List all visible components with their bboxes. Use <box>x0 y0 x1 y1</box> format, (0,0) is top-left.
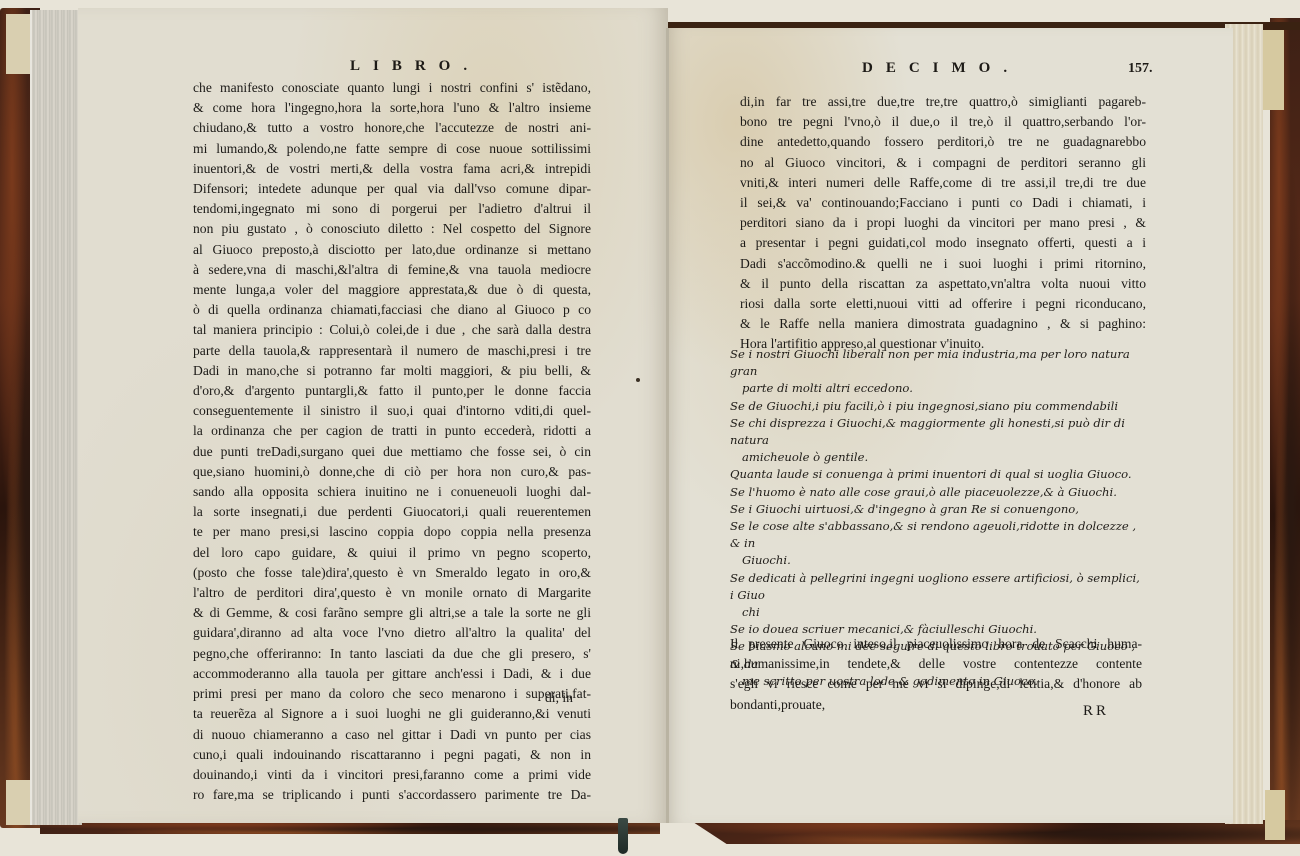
text-line: la sorte insegnati,i due perdenti Giuoca… <box>193 502 591 522</box>
bookmark-ribbon <box>618 818 628 854</box>
text-line: & di Gemme, & cosi farãno sempre gli alt… <box>193 603 591 623</box>
question-entry: Se chi disprezza i Giuochi,& maggiorment… <box>730 415 1142 449</box>
text-line: chiudano,& tutto a vostro honore,che l'a… <box>193 118 591 138</box>
running-head-left: LIBRO. <box>350 58 480 75</box>
text-line: Il presente Giuoco inteso,il piaceuoliss… <box>730 634 1142 654</box>
text-line: cuno,i quali indouinando riscattaranno i… <box>193 745 591 765</box>
text-line: ni,humanissime,in tendete,& delle vostre… <box>730 654 1142 674</box>
text-line: à sedere,vna di maschi,&l'altra di femin… <box>193 260 591 280</box>
text-line: ta reuerẽza al Signore a i suoi luoghi n… <box>193 704 591 724</box>
question-entry: Quanta laude si conuenga à primi inuento… <box>730 466 1142 483</box>
marbled-cover-bottom-left <box>40 822 660 834</box>
marbled-cover-bottom-right <box>690 820 1300 844</box>
text-line: al Giuoco preposto,à disciotto per lato,… <box>193 240 591 260</box>
right-page-text: di,in far tre assi,tre due,tre tre,tre q… <box>740 92 1146 355</box>
text-line: mente lunga,a voler del maggiore apprest… <box>193 280 591 300</box>
text-line: bono tre pegni l'vno,ò il due,o il tre,ò… <box>740 112 1146 132</box>
text-line: tal maniera principio : Colui,ò colei,de… <box>193 320 591 340</box>
page-number: 157. <box>1128 61 1153 77</box>
text-line: a presentar i pegni guidati,col modo ins… <box>740 233 1146 253</box>
text-line: non piu gustato , ò conosciuto diletto :… <box>193 219 591 239</box>
question-entry: Se dedicati à pellegrini ingegni uoglion… <box>730 570 1142 604</box>
text-line: riosi dalla sorte eletti,nuoui vitti ad … <box>740 294 1146 314</box>
closing-paragraph: Il presente Giuoco inteso,il piaceuoliss… <box>730 634 1142 715</box>
text-line: Dadi s'accõmodino.& quelli ne i suoi luo… <box>740 254 1146 274</box>
text-line: due punti treDadi,surgano quei due metti… <box>193 442 591 462</box>
question-entry: Se le cose alte s'abbassano,& si rendono… <box>730 518 1142 552</box>
text-line: vniti,& interi numeri delle Raffe,come d… <box>740 173 1146 193</box>
text-line: sando alla opposita schiera inuitino ne … <box>193 482 591 502</box>
signature-mark: RR <box>1083 703 1109 720</box>
left-page-text: che manifesto conosciate quanto lungi i … <box>193 78 591 805</box>
cover-turn-in <box>1262 30 1284 110</box>
text-line: que,siano huomini,ò donne,che di ciò per… <box>193 462 591 482</box>
text-line: l'altro de perditori dira',questo è vn m… <box>193 583 591 603</box>
text-line: inuentori,& de vostri merti,& della vost… <box>193 159 591 179</box>
text-line: mi lumando,& polendo,ne fatte sempre di … <box>193 139 591 159</box>
text-line: accommoderanno alla tauola per gittare a… <box>193 664 591 684</box>
running-head-right: DECIMO. <box>862 60 1020 77</box>
text-line: parte della tauola,& rappresentarà il nu… <box>193 341 591 361</box>
text-line: pegno,che offeriranno: In tanto lasciati… <box>193 644 591 664</box>
text-line: che manifesto conosciate quanto lungi i … <box>193 78 591 98</box>
question-entry: Se de Giuochi,i piu facili,ò i piu ingeg… <box>730 398 1142 415</box>
text-line: il sei,& va' continouando;Facciano i pun… <box>740 193 1146 213</box>
text-line: ò di quella ordinanza chiamati,facciasi … <box>193 300 591 320</box>
marbled-cover-right <box>1270 18 1300 838</box>
question-continuation: amicheuole ò gentile. <box>730 449 1142 466</box>
text-line: te per mano presi,si lascino coppia dopo… <box>193 522 591 542</box>
text-line: di,in far tre assi,tre due,tre tre,tre q… <box>740 92 1146 112</box>
text-line: & come hora l'ingegno,hora la sorte,hora… <box>193 98 591 118</box>
gutter <box>666 28 669 823</box>
ink-spot <box>636 378 640 382</box>
text-line: s'egli vi riesce come per me vi si dipin… <box>730 674 1142 694</box>
question-continuation: chi <box>730 604 1142 621</box>
text-line: dine antedetto,quando fossero perditori,… <box>740 132 1146 152</box>
catchword: di, in <box>545 690 573 706</box>
text-line: primi presi per mano da coloro che seco … <box>193 684 591 704</box>
text-line: no al Giuoco vincitori, & i compagni de … <box>740 153 1146 173</box>
text-line: bondanti,prouate, <box>730 695 1142 715</box>
book-photo: LIBRO. che manifesto conosciate quanto l… <box>0 0 1300 856</box>
text-line: la ordinanza che per cagion de tratti in… <box>193 421 591 441</box>
text-line: ro fare,ma se triplicando i punti s'acco… <box>193 785 591 805</box>
text-line: di nuouo chiameranno a caso nel gittar i… <box>193 725 591 745</box>
text-line: conseguentemente il sinistro il suo,i qu… <box>193 401 591 421</box>
text-line: del loro capo guidare, & quiui il primo … <box>193 543 591 563</box>
page-edges-left <box>30 10 82 825</box>
text-line: guidara',diranno ad alta voce l'vno diet… <box>193 623 591 643</box>
text-line: perditori siano da i propi luoghi da vin… <box>740 213 1146 233</box>
question-continuation: parte di molti altri eccedono. <box>730 380 1142 397</box>
text-line: Dadi in mano,che si potranno far molti m… <box>193 361 591 381</box>
text-line: & il punto della riscattan za aspettato,… <box>740 274 1146 294</box>
question-entry: Se i Giuochi uirtuosi,& d'ingegno à gran… <box>730 501 1142 518</box>
text-line: (posto che fosse tale)dira',questo è vn … <box>193 563 591 583</box>
text-line: & le Raffe nella maniera dimostrata guad… <box>740 314 1146 334</box>
cover-turn-in <box>1265 790 1285 840</box>
question-entry: Se i nostri Giuochi liberali non per mia… <box>730 346 1142 380</box>
text-line: d'oro,& d'argento puntargli,& fatto il p… <box>193 381 591 401</box>
question-entry: Se l'huomo è nato alle cose graui,ò alle… <box>730 484 1142 501</box>
text-line: Difensori; intedete adunque per qual via… <box>193 179 591 199</box>
text-line: douinando,i vinti da i vincitori presi,f… <box>193 765 591 785</box>
question-continuation: Giuochi. <box>730 552 1142 569</box>
text-line: tendomi,ingegnato mi sono di porgerui pe… <box>193 199 591 219</box>
